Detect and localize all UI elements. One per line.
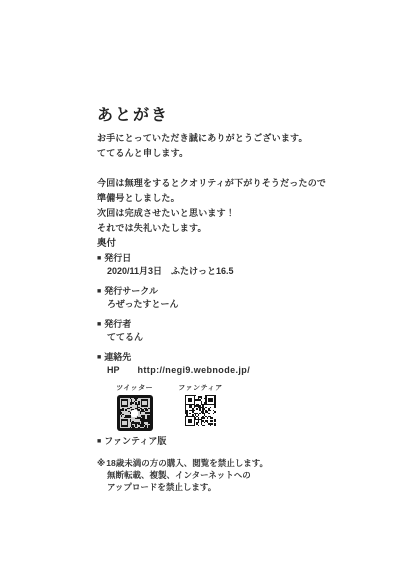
body-line: 次回は完成させたいと思います！ xyxy=(97,206,382,221)
fantia-edition-line: ■ファンティア版 xyxy=(97,435,382,448)
circle-value: ろぜったすとーん xyxy=(97,298,382,311)
greeting-line: お手にとっていただき誠にありがとうございます。 xyxy=(97,131,382,146)
homepage-url: http://negi9.webnode.jp/ xyxy=(138,365,251,375)
colophon-heading: 奥付 xyxy=(97,236,382,251)
fantia-qr-label: ファンティア xyxy=(177,384,222,394)
body-paragraph: 今回は無理をするとクオリティが下がりそうだったので 準備号としました。 次回は完… xyxy=(97,176,382,236)
publish-date-value: 2020/11月3日 ふたけっと16.5 xyxy=(97,265,382,278)
fantia-qr-block: ファンティア xyxy=(178,384,222,426)
reference-mark: ※ xyxy=(97,458,105,468)
greeting-paragraph: お手にとっていただき誠にありがとうございます。 ててるんと申します。 xyxy=(97,131,382,161)
twitter-qr-label: ツイッター xyxy=(115,384,153,394)
square-bullet-icon: ■ xyxy=(97,321,101,328)
qr-code-row: ツイッター ファンティア xyxy=(97,384,382,431)
colophon-entry-publish-date: ■発行日 2020/11月3日 ふたけっと16.5 xyxy=(97,252,382,278)
publisher-label: 発行者 xyxy=(104,319,131,329)
disclaimer-line: 無断転載、複製、インターネットへの xyxy=(97,469,382,481)
page-content: あとがき お手にとっていただき誠にありがとうございます。 ててるんと申します。 … xyxy=(97,105,382,493)
fantia-edition-label: ファンティア版 xyxy=(104,436,166,446)
publish-date-label: 発行日 xyxy=(104,253,131,263)
body-line: 準備号としました。 xyxy=(97,191,382,206)
body-line: それでは失礼いたします。 xyxy=(97,221,382,236)
homepage-label: HP xyxy=(107,365,120,375)
square-bullet-icon: ■ xyxy=(97,354,101,361)
twitter-qr-block: ツイッター xyxy=(116,384,153,431)
page-title: あとがき xyxy=(97,105,382,126)
body-line: 今回は無理をするとクオリティが下がりそうだったので xyxy=(97,176,382,191)
colophon-entry-contact: ■連絡先 HPhttp://negi9.webnode.jp/ xyxy=(97,351,382,377)
square-bullet-icon: ■ xyxy=(97,255,101,262)
colophon-entry-circle: ■発行サークル ろぜったすとーん xyxy=(97,285,382,311)
circle-label: 発行サークル xyxy=(104,286,158,296)
colophon-entry-publisher: ■発行者 ててるん xyxy=(97,318,382,344)
afterword-page: あとがき お手にとっていただき誠にありがとうございます。 ててるんと申します。 … xyxy=(0,0,400,565)
age-restriction-disclaimer: ※18歳未満の方の購入、閲覧を禁止します。 無断転載、複製、インターネットへの … xyxy=(97,457,382,493)
twitter-qr-code xyxy=(117,395,153,431)
publisher-value: ててるん xyxy=(97,331,382,344)
contact-label: 連絡先 xyxy=(104,352,131,362)
fantia-qr-code xyxy=(185,395,216,426)
square-bullet-icon: ■ xyxy=(97,438,101,445)
greeting-line: ててるんと申します。 xyxy=(97,146,382,161)
twitter-qr-logo xyxy=(131,410,138,417)
disclaimer-line: アップロードを禁止します。 xyxy=(97,481,382,493)
square-bullet-icon: ■ xyxy=(97,288,101,295)
disclaimer-line: 18歳未満の方の購入、閲覧を禁止します。 xyxy=(106,458,268,468)
